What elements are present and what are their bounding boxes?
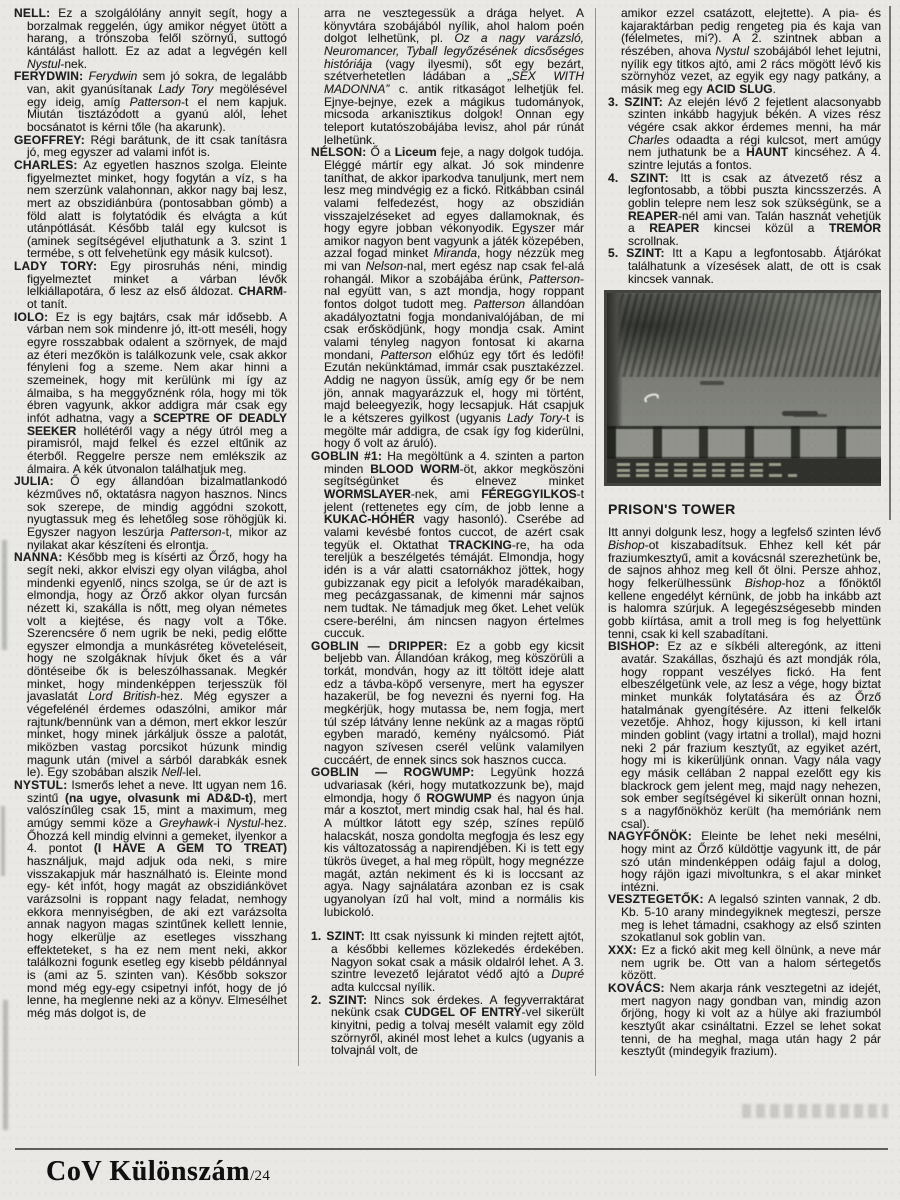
entry-goblin-rogwump: GOBLIN — ROGWUMP: Legyünk hozzá udvarias… xyxy=(311,766,584,918)
scan-artifact xyxy=(2,540,7,650)
screenshot-dark-mark xyxy=(700,381,724,385)
scan-artifact xyxy=(3,1000,8,1130)
entry-5-szint: 5. SZINT: Itt a Kapu a legfontosabb. Átj… xyxy=(608,247,881,285)
footer: CoV Különszám/24 xyxy=(46,1156,270,1188)
entry-lady-tory: LADY TORY: Egy pirosruhás néni, mindig f… xyxy=(14,260,287,311)
entry-3-szint: 3. SZINT: Az elején lévő 2 fejetlent ala… xyxy=(608,96,881,172)
footer-divider xyxy=(15,1148,888,1150)
entry-julia: JULIA: Ő egy állandóan bizalmatlankodó k… xyxy=(14,475,287,551)
column-divider-2 xyxy=(595,8,596,1076)
screenshot-textured-wall xyxy=(607,293,881,384)
entry-goblin-dripper: GOBLIN — DRIPPER: Ez a gobb egy kicsit b… xyxy=(311,640,584,767)
entry-2-szint: 2. SZINT: Nincs sok érdekes. A fegyverra… xyxy=(311,994,584,1057)
entry-bishop: BISHOP: Ez az e síkbéli alteregónk, az i… xyxy=(608,640,881,830)
screenshot-battlement-row xyxy=(607,426,881,458)
entry-iolo: IOLO: Ez is egy bajtárs, csak már időseb… xyxy=(14,311,287,476)
magazine-page: NELL: Ez a szolgálólány annyit segít, ho… xyxy=(0,0,900,1200)
entry-1-szint: 1. SZINT: Itt csak nyissunk ki minden re… xyxy=(311,930,584,993)
page-edge-line xyxy=(889,6,891,520)
entry-kov-cs: KOVÁCS: Nem akarja ránk vesztegetni az i… xyxy=(608,982,881,1058)
entry-nell: NELL: Ez a szolgálólány annyit segít, ho… xyxy=(14,7,287,70)
entry-veszteget-k: VESZTEGETŐK: A legalsó szinten vannak, 2… xyxy=(608,893,881,944)
entry-nagyf-n-k: NAGYFŐNÖK: Eleinte be lehet neki mesélni… xyxy=(608,830,881,893)
screenshot-message-line xyxy=(617,474,797,477)
column-3-upper: amikor ezzel csatázott, elejtette). A pi… xyxy=(608,7,881,285)
entry-xxx: XXX: Ez a fickó akit meg kell ölnünk, a … xyxy=(608,944,881,982)
screenshot-message-line xyxy=(617,463,781,466)
entry-goblin-1: GOBLIN #1: Ha megöltünk a 4. szinten a p… xyxy=(311,450,584,640)
scan-artifact xyxy=(1,806,5,876)
screenshot-message-bar xyxy=(607,459,881,484)
game-screenshot xyxy=(604,290,881,486)
article-columns: NELL: Ez a szolgálólány annyit segít, ho… xyxy=(14,7,881,1143)
column-3: amikor ezzel csatázott, elejtette). A pi… xyxy=(608,7,881,1143)
entry-ferydwin: FERYDWIN: Ferydwin sem jó sokra, de lega… xyxy=(14,70,287,133)
screenshot-caption: PRISON'S TOWER xyxy=(608,501,881,517)
column-2: arra ne vesztegessük a drága helyet. A k… xyxy=(311,7,584,1143)
column-1: NELL: Ez a szolgálólány annyit segít, ho… xyxy=(14,7,287,1143)
entry-nystul: NYSTUL: Ismerős lehet a neve. Itt ugyan … xyxy=(14,779,287,1019)
entry-n-lson: NÉLSON: Ő a Liceum feje, a nagy dolgok t… xyxy=(311,146,584,450)
entry-4-szint: 4. SZINT: Itt is csak az átvezető rész a… xyxy=(608,172,881,248)
ink-bleed-ghost-text xyxy=(742,1104,888,1118)
column-3-lower: Itt annyi dolgunk lesz, hogy a legfelső … xyxy=(608,526,881,1058)
page-number: /24 xyxy=(250,1168,270,1184)
screenshot-dark-mark xyxy=(782,411,818,416)
column-divider-1 xyxy=(298,8,299,1066)
screenshot-message-line xyxy=(617,469,767,472)
entry-geoffrey: GEOFFREY: Régi barátunk, de itt csak tan… xyxy=(14,134,287,159)
magazine-title: CoV Különszám xyxy=(46,1156,250,1187)
paragraph: arra ne vesztegessük a drága helyet. A k… xyxy=(311,7,584,146)
paragraph: Itt annyi dolgunk lesz, hogy a legfelső … xyxy=(608,526,881,640)
entry-nanna: NANNA: Később meg is kísérti az Őrző, ho… xyxy=(14,551,287,779)
entry-charles: CHARLES: Az egyetlen hasznos szolga. Ele… xyxy=(14,159,287,260)
paragraph: amikor ezzel csatázott, elejtette). A pi… xyxy=(608,7,881,96)
screenshot-floor-area xyxy=(607,377,881,430)
